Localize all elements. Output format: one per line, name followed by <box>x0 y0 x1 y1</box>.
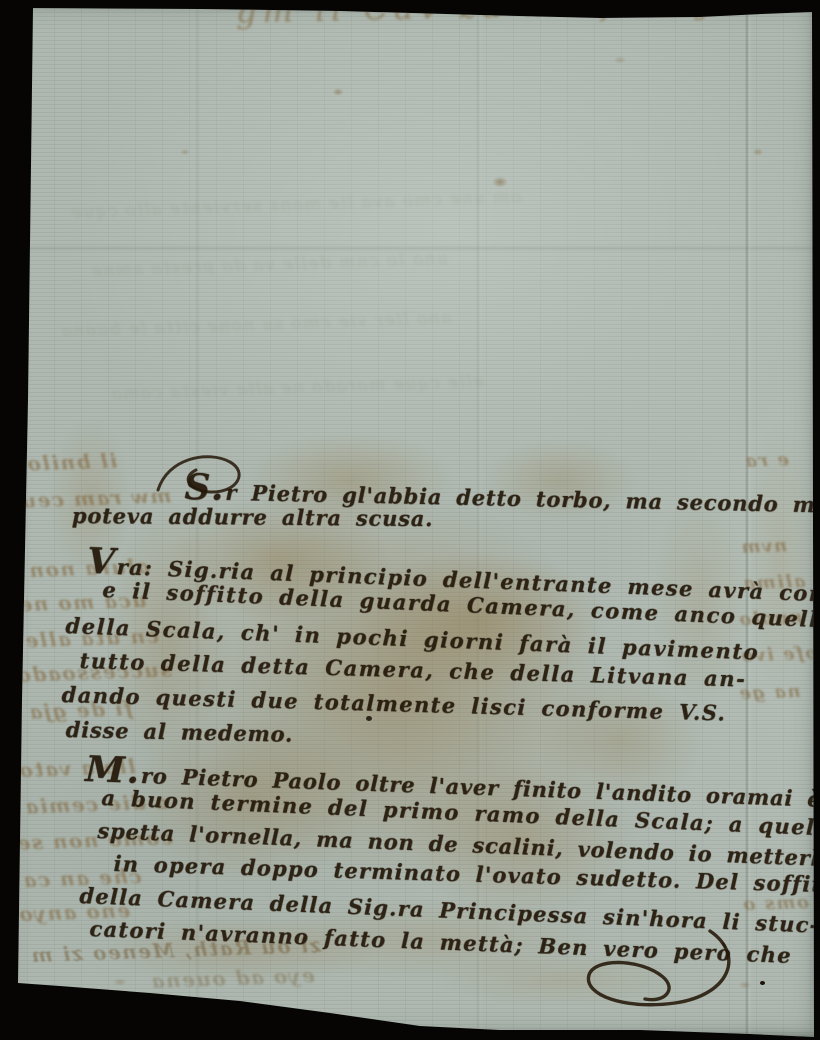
paper-edge-shadow <box>0 0 820 1040</box>
scanner-background: { "page": { "description": "Scan of a 17… <box>0 0 820 1040</box>
manuscript-page: il bnilo mw ram ceu alura non uca mo ne … <box>0 0 820 1040</box>
